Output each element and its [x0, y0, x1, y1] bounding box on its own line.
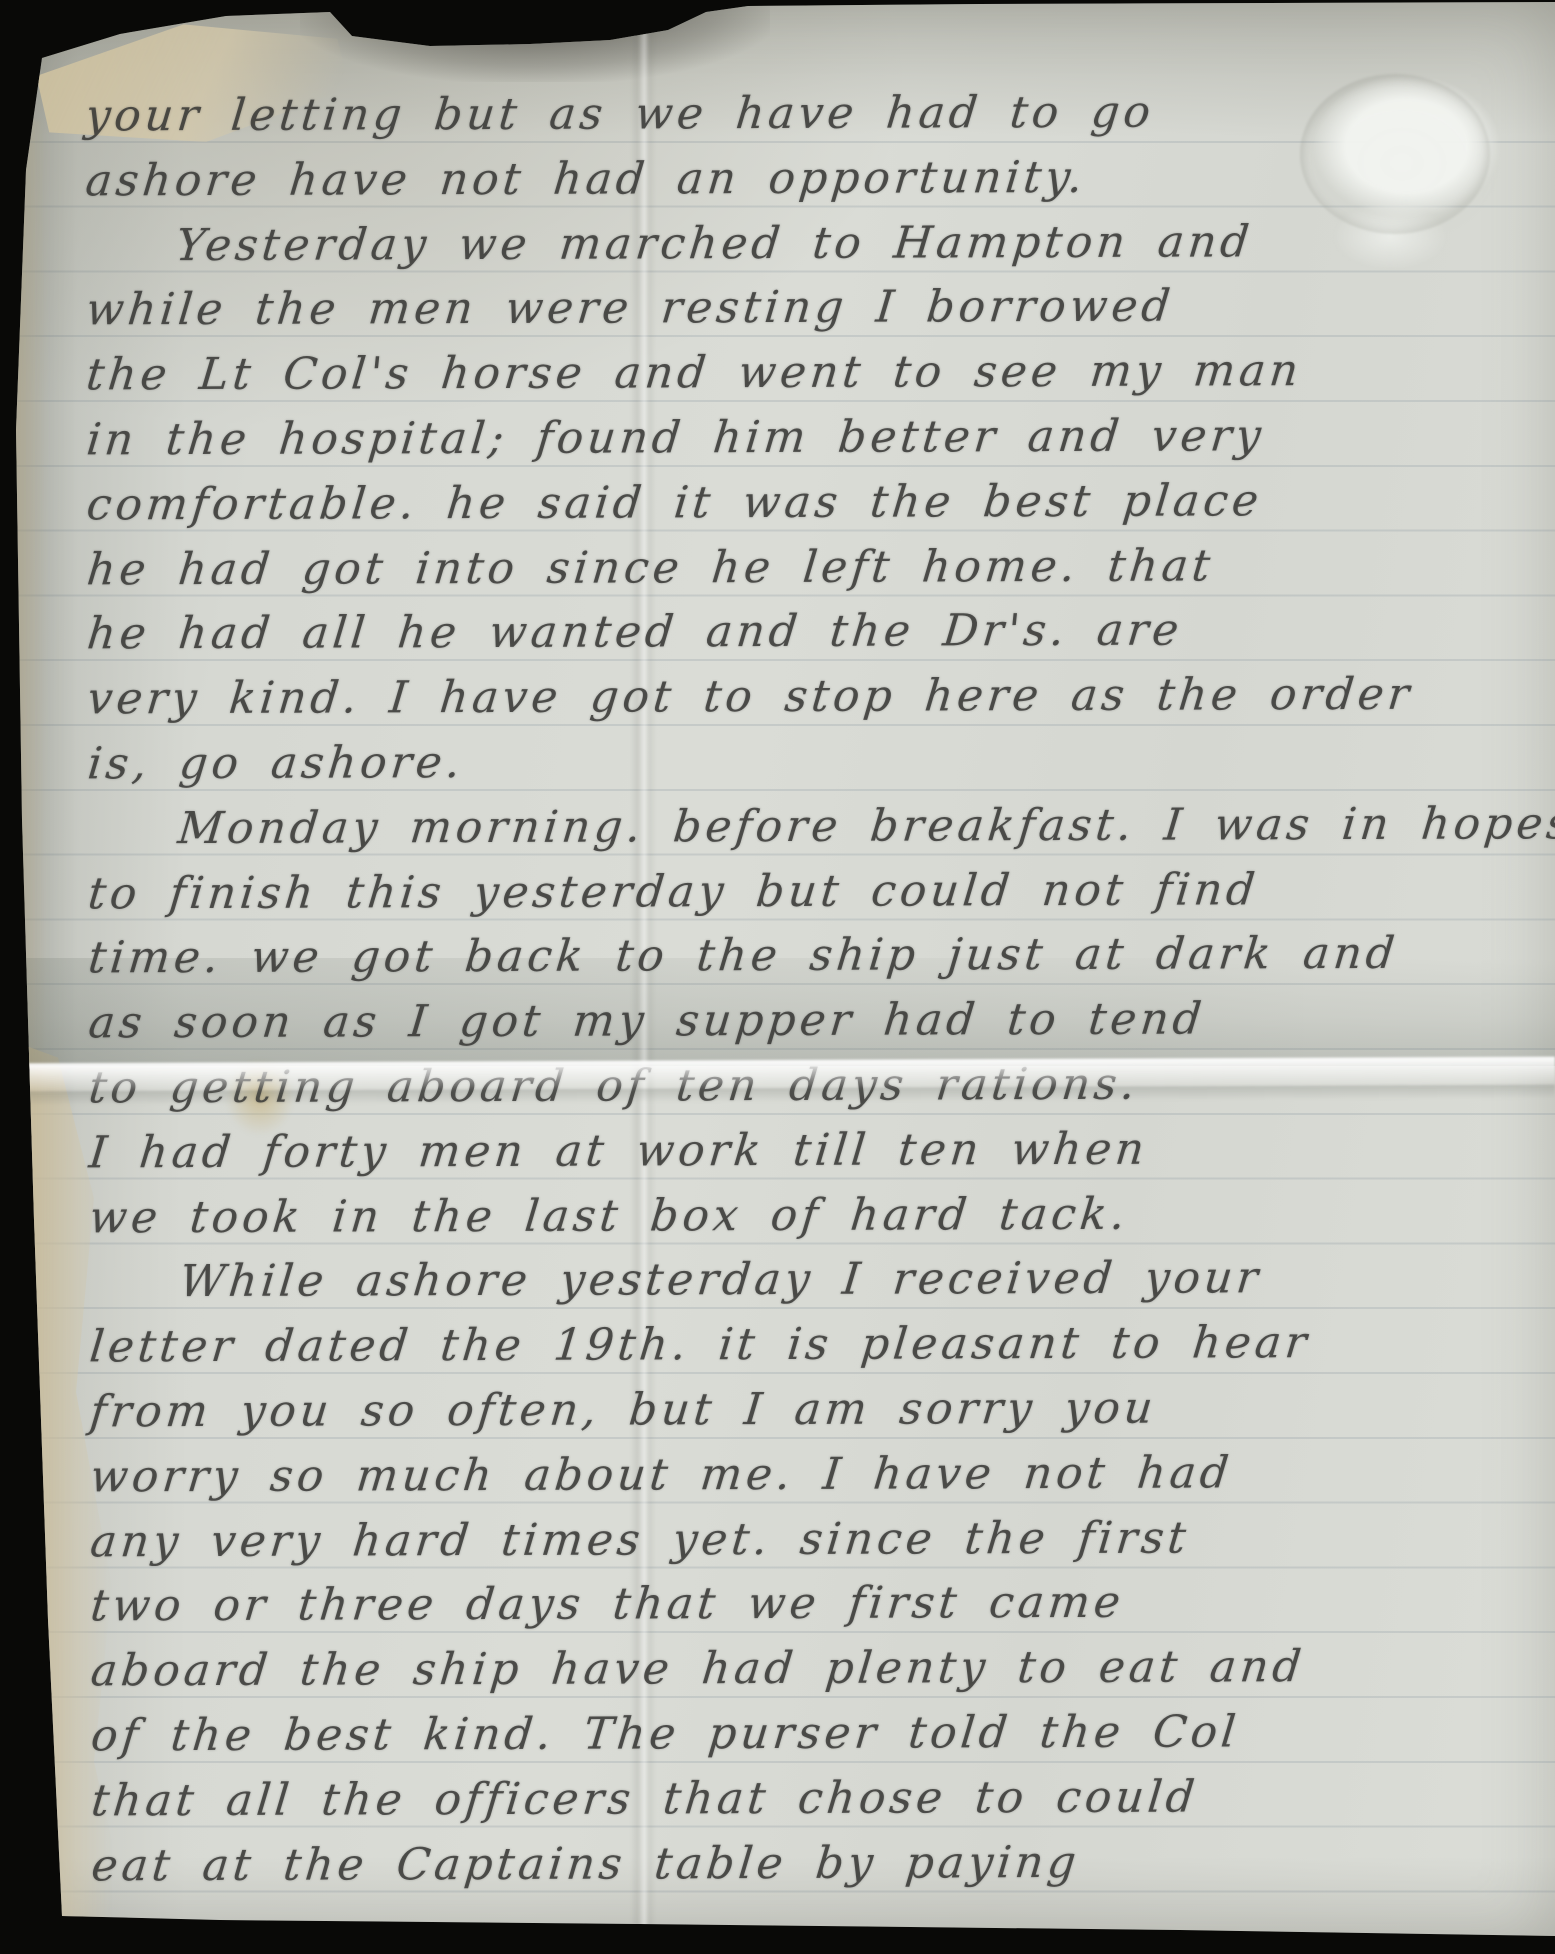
handwriting-line: while the men were resting I borrowed: [82, 281, 1176, 349]
handwriting-line: comfortable. he said it was the best pla…: [83, 475, 1265, 543]
handwriting-line: is, go ashore.: [84, 737, 466, 802]
handwriting-line: to finish this yesterday but could not f…: [84, 864, 1261, 932]
handwriting-line: your letting but as we have had to go: [82, 87, 1157, 155]
handwriting-line: While ashore yesterday I received your: [176, 1253, 1264, 1321]
handwriting-line: that all the officers that chose to coul…: [88, 1771, 1201, 1839]
handwriting-line: I had forty men at work till ten when: [85, 1123, 1150, 1191]
letter-page: your letting but as we have had to goash…: [0, 0, 1555, 1954]
handwriting-line: ashore have not had an opportunity.: [82, 152, 1089, 220]
handwriting-line: from you so often, but I am sorry you: [86, 1383, 1159, 1451]
handwriting-line: Yesterday we marched to Hampton and: [172, 216, 1255, 284]
handwriting-line: the Lt Col's horse and went to see my ma…: [83, 345, 1305, 413]
water-stain-ring: [1300, 74, 1490, 234]
handwriting-line: time. we got back to the ship just at da…: [85, 928, 1401, 997]
letter-body: your letting but as we have had to goash…: [0, 0, 1555, 1954]
handwriting-line: any very hard times yet. since the first: [87, 1512, 1192, 1580]
scanned-letter: your letting but as we have had to goash…: [0, 0, 1555, 1954]
handwriting-line: he had all he wanted and the Dr's. are: [84, 605, 1185, 673]
handwriting-line: of the best kind. The purser told the Co…: [87, 1706, 1242, 1774]
handwriting-line: he had got into since he left home. that: [83, 540, 1216, 608]
handwriting-line: as soon as I got my supper had to tend: [85, 994, 1208, 1062]
handwriting-line: eat at the Captains table by paying: [88, 1837, 1082, 1904]
handwriting-line: worry so much about me. I have not had: [87, 1447, 1235, 1515]
handwriting-line: two or three days that we first came: [87, 1577, 1127, 1645]
handwriting-line: very kind. I have got to stop here as th…: [84, 669, 1416, 738]
handwriting-line: letter dated the 19th. it is pleasant to…: [86, 1317, 1313, 1385]
handwriting-line: aboard the ship have had plenty to eat a…: [87, 1641, 1307, 1709]
handwriting-line: Monday morning. before breakfast. I was …: [174, 798, 1555, 867]
handwriting-line: we took in the last box of hard tack.: [86, 1188, 1132, 1256]
handwriting-line: in the hospital; found him better and ve…: [83, 410, 1267, 478]
